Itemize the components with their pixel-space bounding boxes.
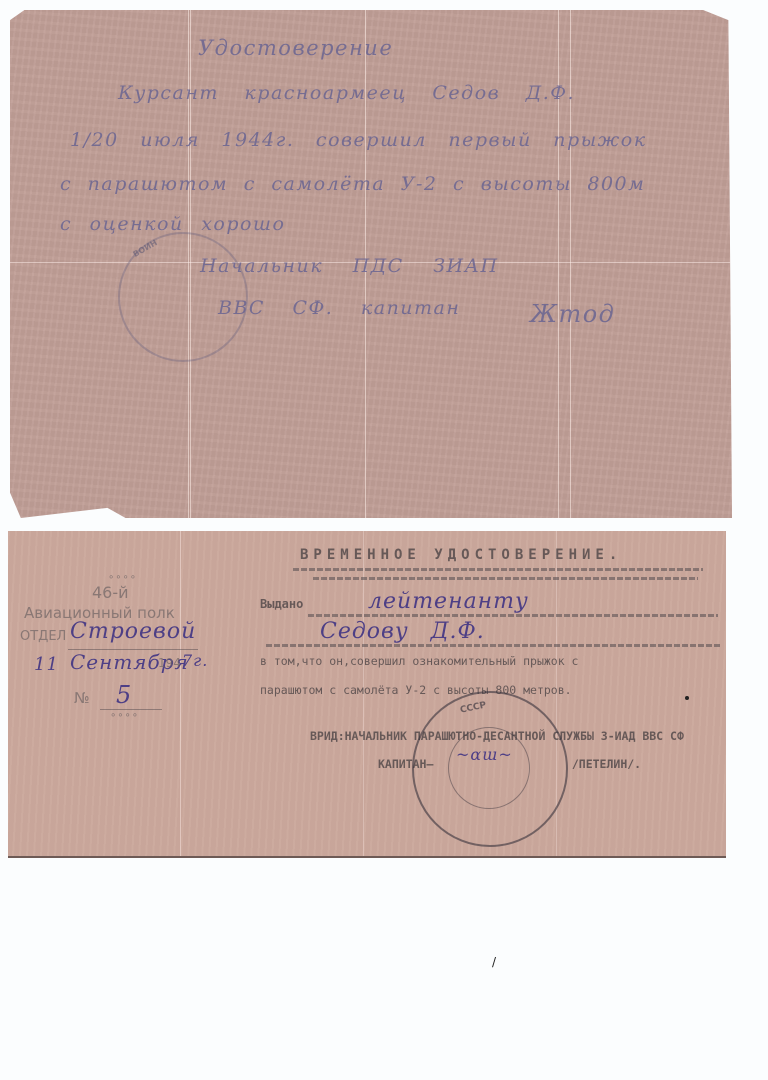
signer-rank: ВВС СФ. капитан	[218, 297, 460, 319]
field-underline	[266, 644, 720, 647]
title-underline	[313, 577, 698, 580]
signature: Жтод	[530, 300, 615, 328]
signer-title: Начальник ПДС ЗИАП	[200, 255, 499, 277]
department-value: Строевой	[70, 619, 196, 644]
scan-artifact: /	[492, 955, 496, 969]
ornament-bottom: ∘∘∘∘	[110, 710, 139, 721]
period-mark	[685, 696, 689, 700]
title-underline	[293, 568, 703, 571]
department-label: ОТДЕЛ	[20, 629, 66, 644]
ornament-top: ∘∘∘∘	[108, 572, 137, 583]
recipient-rank: лейтенанту	[368, 589, 529, 614]
body-line-1: Курсант красноармеец Седов Д.Ф.	[118, 82, 575, 104]
body-line-1: в том,что он,совершил ознакомительный пр…	[260, 654, 579, 668]
certificate-title: Удостоверение	[198, 36, 393, 60]
body-line-2: 1/20 июля 1944г. совершил первый прыжок	[70, 129, 647, 151]
document-title: ВРЕМЕННОЕ УДОСТОВЕРЕНИЕ.	[300, 547, 622, 563]
certificate-typed: ∘∘∘∘ 46-й Авиационный полк ОТДЕЛ Строево…	[8, 531, 726, 856]
date-year-prefix: 194	[158, 656, 181, 670]
number-value: 5	[116, 681, 132, 709]
certificate-handwritten: ВОИН Удостоверение Курсант красноармеец …	[10, 10, 732, 518]
body-line-3: с парашютом с самолёта У-2 с высоты 800м	[60, 173, 645, 195]
unit-number: 46-й	[92, 583, 129, 602]
body-line-2: парашютом с самолёта У-2 с высоты 800 ме…	[260, 683, 572, 697]
date-day: 11	[34, 654, 59, 675]
fold-line	[180, 531, 181, 856]
field-underline	[308, 614, 718, 617]
issued-label: Выдано	[260, 597, 303, 611]
recipient-name: Седову Д.Ф.	[320, 619, 485, 644]
seal-emblem	[448, 727, 530, 809]
body-line-4: с оценкой хорошо	[60, 213, 285, 235]
date-year-suffix: 7г.	[182, 651, 208, 670]
number-label: №	[74, 689, 90, 707]
